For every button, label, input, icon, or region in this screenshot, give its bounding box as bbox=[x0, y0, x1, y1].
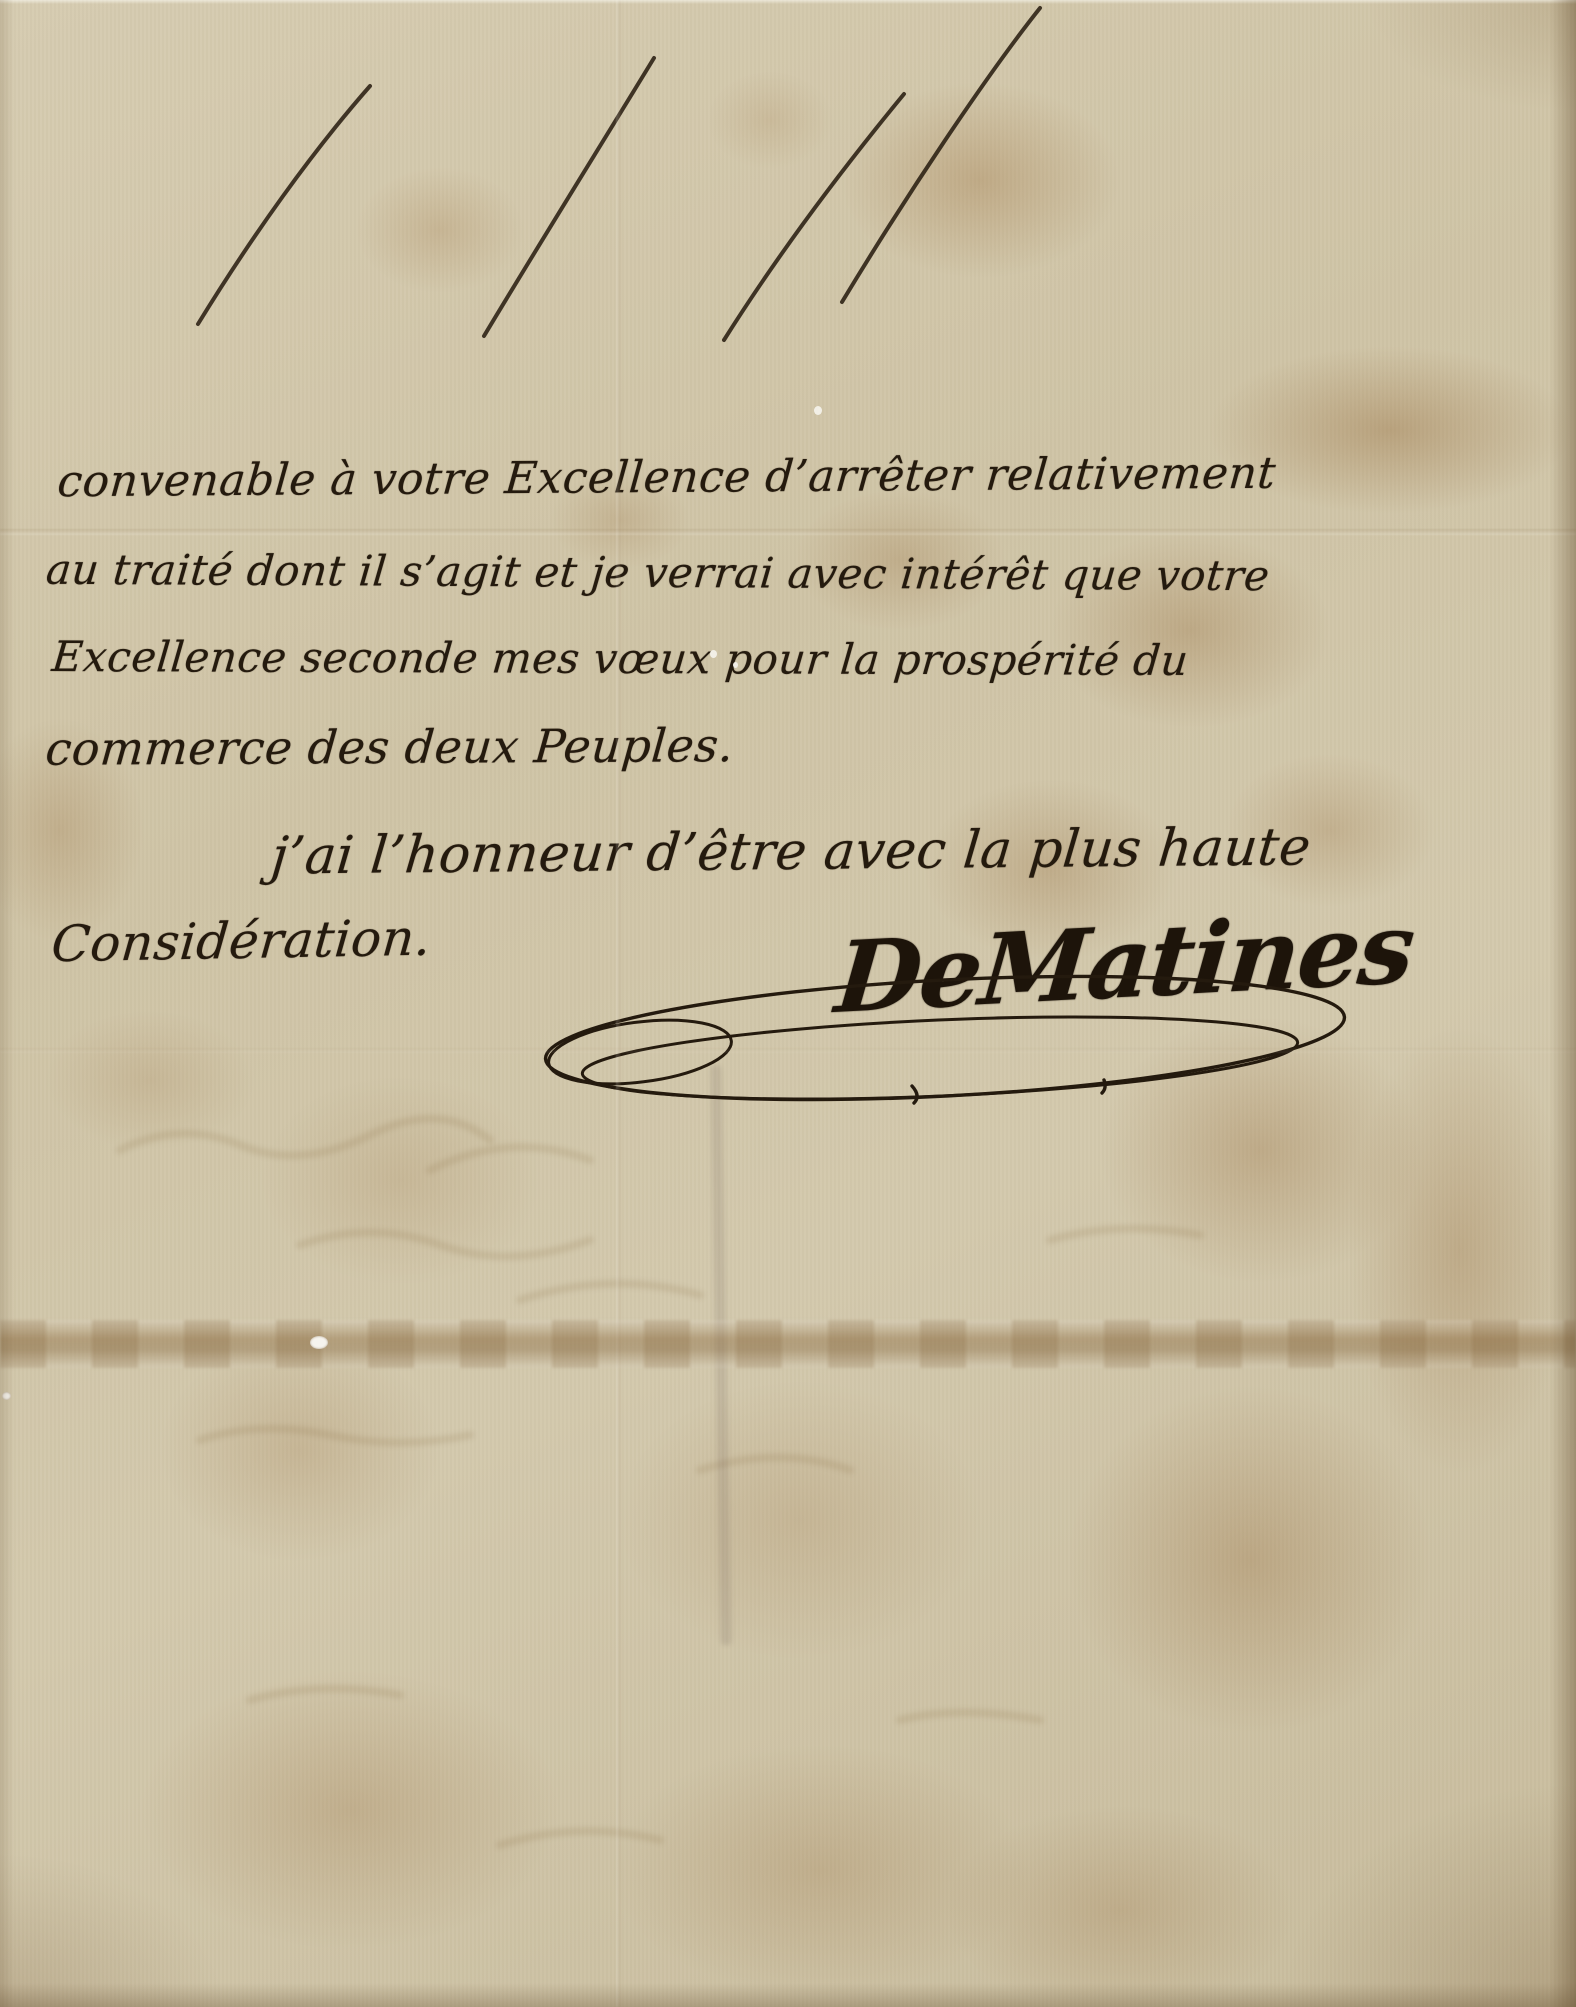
paper-sheet: convenable à votre Excellence d’arrêter … bbox=[0, 0, 1576, 2007]
stained-fold-band bbox=[0, 1320, 1576, 1368]
handwriting-closing-line: j’ai l’honneur d’être avec la plus haute bbox=[269, 817, 1314, 886]
paper-fleck bbox=[733, 662, 738, 668]
paper-fleck bbox=[710, 650, 717, 658]
fold-crease-horizontal-1 bbox=[0, 529, 1576, 535]
paper-hole-edge bbox=[2, 1392, 11, 1400]
fold-crease-vertical bbox=[616, 0, 621, 2007]
handwriting-line-4: commerce des deux Peuples. bbox=[44, 718, 736, 776]
handwriting-line-2: au traité dont il s’agit et je verrai av… bbox=[44, 545, 1272, 600]
fold-crease-horizontal-2 bbox=[0, 1048, 1576, 1053]
signature: DeMatines bbox=[831, 891, 1417, 1036]
handwriting-line-1: convenable à votre Excellence d’arrêter … bbox=[56, 448, 1278, 507]
handwriting-consideration-line: Considération. bbox=[49, 909, 434, 974]
paper-hole bbox=[310, 1336, 328, 1349]
paper-fleck bbox=[814, 406, 822, 415]
